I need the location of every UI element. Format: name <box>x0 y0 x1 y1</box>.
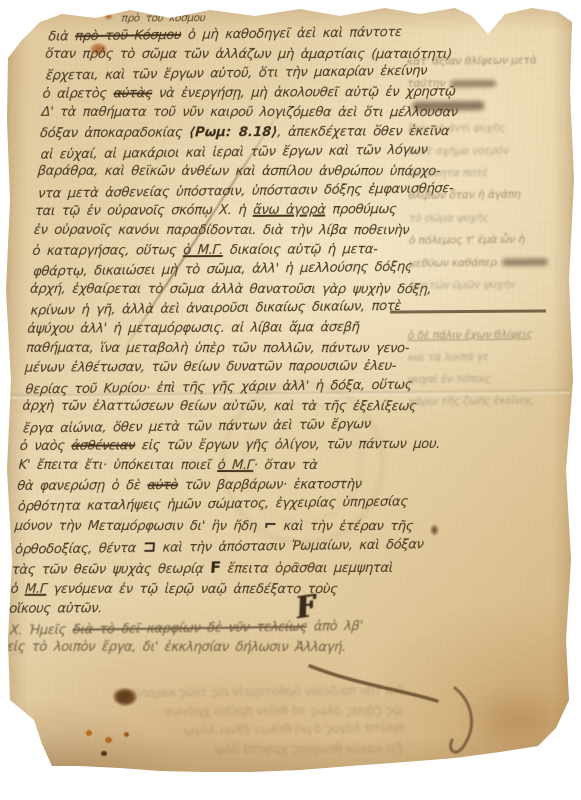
handwriting-line: Κ' ἔπειτα ἔτι· ὑπόκειται ποιεῖ ὁ Μ.Γ· ὅτ… <box>18 456 417 476</box>
margin-note: μεθύων καθάπερ <box>409 251 575 275</box>
ink-fleck <box>430 524 439 536</box>
scripture-reference: ⟨Ρωμ: 8.18⟩ <box>189 125 278 140</box>
margin-note: καὶ τὰ λοιπά γε <box>408 345 574 369</box>
handwriting-segment: βαράθρα, καὶ θεϊκῶν ἀνθέων καὶ ἀσπίλου ἀ… <box>37 164 441 179</box>
handwriting-segment: ὁ μὴ καθοδηγεῖ ἀεὶ καὶ πάντοτε <box>181 25 402 43</box>
bleedthrough-text-block: διὰ τὴν παιδείαν ὀρθοτομεῖν εἰς τοὺς και… <box>55 680 406 760</box>
handwriting-segment: ἀψύχου ἀλλ' ἡ μεταμόρφωσις. αἱ λίβαι ἅμα… <box>27 320 360 337</box>
handwriting-segment: Κ' ἔπειτα ἔτι· ὑπόκειται ποιεῖ <box>18 458 218 473</box>
handwriting-line: φθάρτῳ, δικαιώσει μὴ τὸ σῶμα, ἀλλ' ἡ μελ… <box>32 257 431 282</box>
handwriting-segment: Δ' τὰ παθήματα τοῦ νῦν καιροῦ λογιζόμεθα… <box>41 105 458 120</box>
handwriting-segment: ὀρθοδοξίας, θέντα <box>15 541 144 558</box>
handwriting-segment: ὁ Μ.Γ <box>217 458 254 473</box>
bleedthrough-line: διὰ τὴν παιδείαν ὀρθοτομεῖν εἰς τοὺς και… <box>55 680 405 703</box>
handwriting-segment: ὅταν πρὸς τὸ σῶμα τῶν ἀλλάζων μὴ ἁμαρτία… <box>45 46 453 61</box>
handwriting-segment: κρίνων ἡ γῆ, ἀλλὰ ἀεὶ ἀναιροῦσι δικαίως … <box>30 299 401 319</box>
margin-note: ὁ δὲ πάλιν ἔχων θλίψεις <box>408 323 574 347</box>
ink-smudge <box>412 101 484 111</box>
handwriting-line: ται τῷ ἐν οὐρανοῖς σκόπῳ Χ. ἡ ἄνω ἀγορὰ … <box>34 200 433 222</box>
handwriting-line: βαράθρα, καὶ θεϊκῶν ἀνθέων καὶ ἀσπίλου ἀ… <box>37 162 436 182</box>
margin-note-text: ποτὲ σχῆμα νοερόν <box>408 143 509 157</box>
bleedthrough-line: ἔτι κακὸν θεωρίας χρηστὰ ὅλῳ <box>53 739 403 759</box>
handwriting-line: Δ' τὰ παθήματα τοῦ νῦν καιροῦ λογιζόμεθα… <box>41 103 440 123</box>
handwriting-segment: καὶ τὴν ἑτέραν τῆς <box>276 519 413 534</box>
handwriting-line: ὁ αἱρετὸς αὐτὰς νὰ ἐνεργήσῃ, μὴ ἀκολουθε… <box>42 83 441 105</box>
margin-note-text: τὸ σῶμα ψυχῆς <box>408 211 489 225</box>
handwriting-segment: τὰς τῶν θεῶν ψυχὰς θεωρίᾳ <box>11 562 210 578</box>
margin-divider-line <box>390 309 546 313</box>
handwriting-segment: εἰς τῶν ἔργων γῆς ὀλίγον, τῶν πάντων μου… <box>135 437 441 454</box>
margin-note-text: ἀκλόνητα ποτὲ <box>408 166 488 180</box>
margin-note-text: ὁ πόλεμος τ' ἐμὰ ὧν ἡ <box>409 233 525 247</box>
margin-note: κατ' ἀξίαν θλίψεων μετὰ <box>407 49 573 73</box>
handwriting-segment: ὁ καταργήσας, οὕτως <box>32 243 184 259</box>
handwriting-line: ἀψύχου ἀλλ' ἡ μεταμόρφωσις. αἱ λίβαι ἅμα… <box>27 318 426 340</box>
handwriting-segment: ἄνω ἀγορὰ <box>253 203 326 218</box>
handwriting-line: διὰ πρὸ τοῦ Κόσμου ὁ μὴ καθοδηγεῖ ἀεὶ κα… <box>48 22 447 47</box>
handwriting-segment: Χ. Ἡμεῖς <box>9 623 73 639</box>
margin-note: ταύτην <box>407 72 573 96</box>
margin-note-text: ταύτην <box>407 77 445 90</box>
handwriting-segment: ἀσθένειαν <box>71 439 136 454</box>
handwriting-segment: ἀρχὴ τῶν ἐλαττώσεων θείων αὐτῶν, καὶ τὰ … <box>22 399 417 414</box>
handwriting-segment: μόνον τὴν Μεταμόρφωσιν δι' ἣν ἤδη <box>14 519 264 534</box>
margin-note <box>407 94 573 118</box>
margin-annotations-upper: κατ' ἀξίαν θλίψεων μετὰταύτηνἔχει τὸ ἀντ… <box>407 49 576 297</box>
margin-note: ἔχει τὸ ἀντὶ ψυχῆς <box>407 116 573 140</box>
handwriting-segment: ὁ αἱρετὸς <box>42 86 114 101</box>
handwriting-segment: ἀρχή, ἐχθαίρεται τὸ σῶμα ἀλλὰ θανατοῦσι … <box>29 282 431 297</box>
handwriting-line: ἀρχὴ τῶν ἐλαττώσεων θείων αὐτῶν, καὶ τὰ … <box>22 397 421 417</box>
handwriting-segment: ντα μετὰ ἀσθενείας ὑπόστασιν, ὑπόστασιν … <box>38 181 454 201</box>
handwriting-segment: μένων ἐλθέτωσαν, τῶν θείων δυνατῶν παρου… <box>24 359 396 376</box>
margin-note: ἀκλόνητα ποτὲ <box>408 161 574 185</box>
handwriting-segment: ὁ ναὸς <box>19 439 72 454</box>
handwriting-segment: Ϝ <box>210 558 222 577</box>
handwriting-segment: πρὸ τοῦ κόσμου <box>121 12 206 24</box>
handwriting-segment: προθύμως <box>325 202 397 217</box>
ink-smudge <box>502 259 548 266</box>
handwriting-segment: δικαίοις αὐτῷ ἡ μετα- <box>223 242 378 258</box>
scan-background: πρὸ τοῦ κόσμουδιὰ πρὸ τοῦ Κόσμου ὁ μὴ κα… <box>0 0 581 800</box>
handwriting-segment: ⊐ <box>142 537 156 556</box>
margin-note-text: ψυχαὶ ἐν τόποις <box>408 372 491 386</box>
handwriting-segment: ται τῷ ἐν οὐρανοῖς σκόπῳ Χ. ἡ <box>34 203 253 219</box>
margin-note-text: ὁ δὲ πάλιν ἔχων θλίψεις <box>408 328 533 342</box>
manuscript-page: πρὸ τοῦ κόσμουδιὰ πρὸ τοῦ Κόσμου ὁ μὴ κα… <box>0 0 581 800</box>
margin-note: ποτὲ σχῆμα νοερόν <box>408 139 574 163</box>
handwriting-segment: διὰ τὸ δεῖ καρφίων δὲ νῦν τελείως <box>72 620 307 638</box>
handwriting-segment: ὀρθότητα καταλήψεις ἡμῶν σώματος, ἐγχειρ… <box>17 495 408 515</box>
main-text-block: πρὸ τοῦ κόσμουδιὰ πρὸ τοῦ Κόσμου ὁ μὴ κα… <box>6 11 446 659</box>
handwriting-segment: καὶ τὴν ἀπόστασιν Ῥωμαίων, καὶ δόξαν <box>155 538 424 557</box>
margin-note-text: χάριν τῆς ζωῆς ἐκείνης <box>408 394 533 408</box>
handwriting-line: τὰς τῶν θεῶν ψυχὰς θεωρίᾳ Ϝ ἔπειτα ὁρᾶσθ… <box>11 557 411 581</box>
margin-note-text: καὶ τὰ λοιπά γε <box>408 350 489 364</box>
margin-note: τὸ σῶμα ψυχῆς <box>408 206 574 230</box>
handwriting-segment: φθάρτῳ, δικαιώσει μὴ τὸ σῶμα, ἀλλ' ἡ μελ… <box>33 260 413 280</box>
handwriting-line: ἐν οὐρανοῖς κανόνι παραδίδονται. διὰ τὴν… <box>33 221 432 241</box>
handwriting-segment: · ὅταν τὰ <box>253 458 318 473</box>
margin-note: χάριν τῆς ζωῆς ἐκείνης <box>408 389 574 413</box>
handwriting-segment: ἔργα αἰώνια, ὅθεν μετὰ τῶν πάντων ἀεὶ τῶ… <box>22 417 371 437</box>
handwriting-segment: Μ.Γ <box>25 581 48 596</box>
handwriting-segment: ⌐ <box>263 515 277 534</box>
edge-smear-stain <box>66 770 124 778</box>
handwriting-segment: δόξαν ἀποκαραδοκίας <box>40 125 190 141</box>
handwriting-line: ὁ ναὸς ἀσθένειαν εἰς τῶν ἔργων γῆς ὀλίγο… <box>19 435 418 457</box>
margin-note-text: κατ' ἀξίαν θλίψεων μετὰ <box>407 54 537 68</box>
discoloration-patch <box>462 686 566 758</box>
ink-smudge <box>450 80 496 87</box>
handwriting-segment: αἱ εὐχαί, αἱ μακάριοι καὶ ἱεραὶ τῶν ἔργω… <box>40 142 428 162</box>
handwriting-segment: ἔπειτα ὁρᾶσθαι μεμψηταὶ <box>220 561 393 577</box>
folded-corner <box>540 712 578 752</box>
handwriting-segment: πρὸ τοῦ Κόσμου <box>75 28 182 44</box>
handwriting-line: ὀρθότητα καταλήψεις ἡμῶν σώματος, ἐγχειρ… <box>17 493 416 518</box>
handwriting-segment: παθήματα, ἵνα μεταβολὴ ὑπὲρ τῶν πολλῶν, … <box>26 340 410 355</box>
curl-flourish <box>451 688 472 752</box>
margin-note-text: θλίβων ὅταν ἡ ἀγάπη <box>408 188 521 202</box>
handwriting-segment: αὐτὸ <box>147 478 179 493</box>
handwriting-line: παθήματα, ἵνα μεταβολὴ ὑπὲρ τῶν πολλῶν, … <box>25 338 424 358</box>
margin-note: ὁ πόλεμος τ' ἐμὰ ὧν ἡ <box>409 228 575 252</box>
margin-note: θλίβων ὅταν ἡ ἀγάπη <box>408 184 574 208</box>
handwriting-segment: εἰς τὸ λοιπὸν ἔργα, δι' ἐκκλησίαν δήλωσι… <box>6 640 346 655</box>
margin-note-text: ἔχει τὸ ἀντὶ ψυχῆς <box>407 121 505 135</box>
handwriting-segment: οἴκους αὐτῶν. <box>9 602 103 617</box>
handwriting-segment: διὰ <box>48 29 76 44</box>
handwriting-line: εἰς τὸ λοιπὸν ἔργα, δι' ἐκκλησίαν δήλωσι… <box>6 638 405 658</box>
handwriting-segment: ἔρχεται, καὶ τῶν ἔργων αὐτοῦ, ὅτι τὴν μα… <box>45 64 427 84</box>
handwriting-segment: ὁ Μ.Γ. <box>183 243 224 258</box>
margin-note: ψυχαὶ ἐν τόποις <box>408 367 574 391</box>
handwriting-segment: ἐν οὐρανοῖς κανόνι παραδίδονται. διὰ τὴν… <box>33 223 409 238</box>
margin-note-text: μεθύων καθάπερ <box>409 256 497 270</box>
margin-annotations-lower: ὁ δὲ πάλιν ἔχων θλίψειςκαὶ τὰ λοιπά γεψυ… <box>408 323 575 413</box>
handwriting-segment: τῶν βαρβάρων· ἑκατοστὴν <box>178 477 363 493</box>
handwriting-line: ὁ Μ.Γ γενόμενα ἐν τῷ ἱερῷ ναῷ ἀπεδέξατο … <box>10 579 409 599</box>
handwriting-segment: θερίας τοῦ Κυρίου· ἐπὶ τῆς γῆς χάριν ἀλλ… <box>25 377 412 397</box>
margin-note: ἀρετῶν ὑμῶν ψυχήν <box>409 273 575 297</box>
margin-note-text: ἀρετῶν ὑμῶν ψυχήν <box>409 278 515 292</box>
handwriting-segment: αὐτὰς <box>113 86 153 101</box>
handwriting-segment: θὰ φανερώσῃ ὁ δὲ <box>17 478 148 494</box>
